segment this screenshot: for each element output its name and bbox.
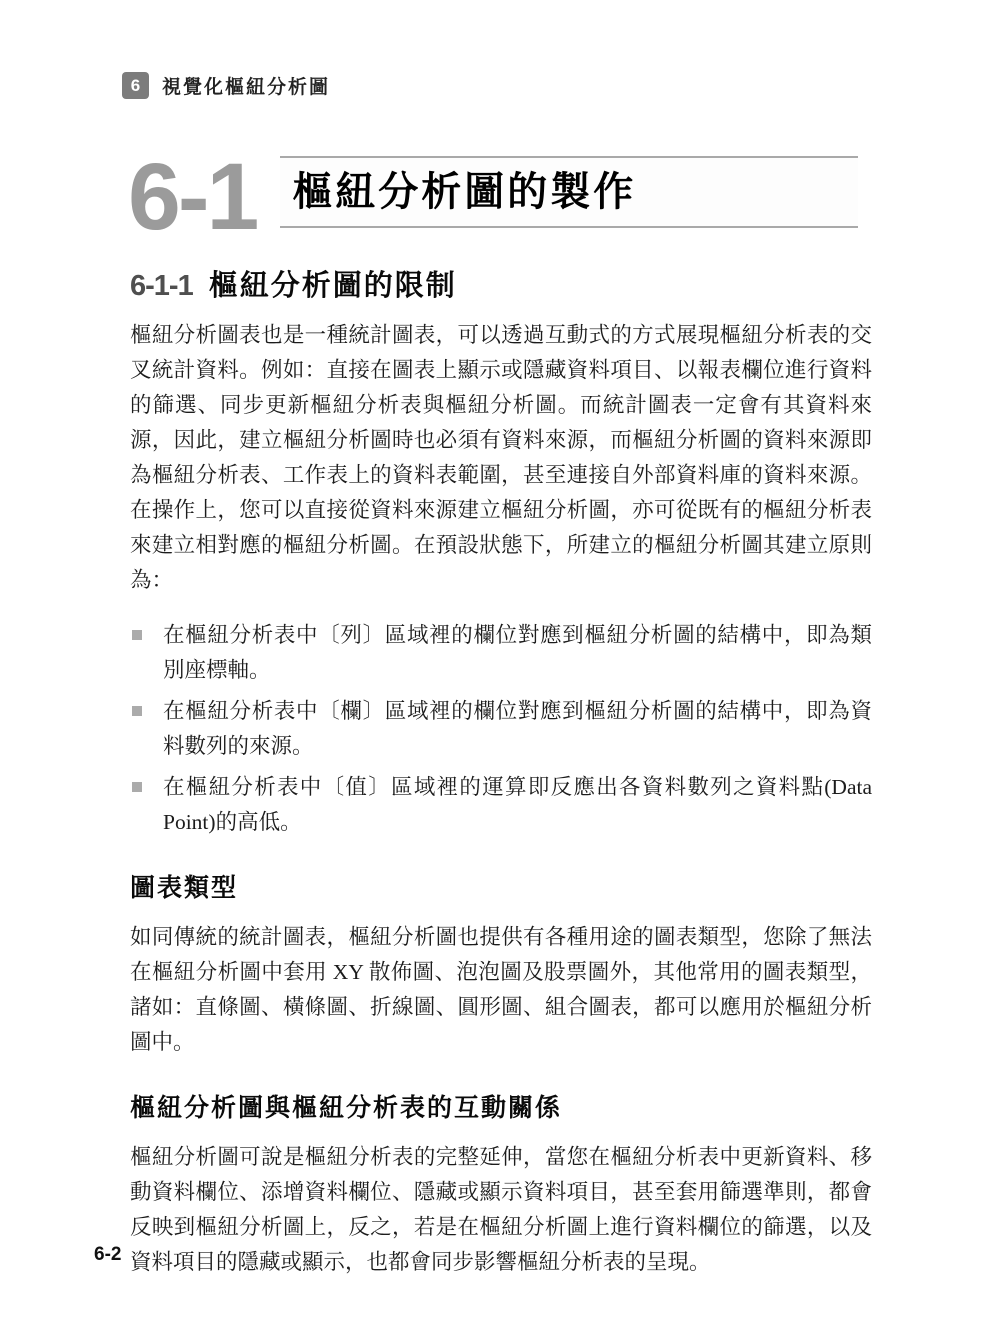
subheading-chart-types: 圖表類型 [130,868,872,904]
chart-types-paragraph: 如同傳統的統計圖表，樞紐分析圖也提供有各種用途的圖表類型，您除了無法在樞紐分析圖… [130,920,872,1060]
list-item: 在樞紐分析表中〔列〕區域裡的欄位對應到樞紐分析圖的結構中，即為類別座標軸。 [130,618,872,688]
page-number: 6-2 [94,1244,121,1266]
subsection-heading: 6-1-1 樞紐分析圖的限制 [130,263,457,304]
running-header: 6 視覺化樞紐分析圖 [122,72,330,99]
book-page: 6 視覺化樞紐分析圖 6-1 樞紐分析圖的製作 6-1-1 樞紐分析圖的限制 樞… [0,0,1000,1341]
section-heading: 6-1 樞紐分析圖的製作 [128,148,858,241]
list-item-text: 在樞紐分析表中〔列〕區域裡的欄位對應到樞紐分析圖的結構中，即為類別座標軸。 [163,623,872,682]
list-item: 在樞紐分析表中〔值〕區域裡的運算即反應出各資料數列之資料點(Data Point… [130,770,872,840]
principles-list: 在樞紐分析表中〔列〕區域裡的欄位對應到樞紐分析圖的結構中，即為類別座標軸。 在樞… [130,618,872,840]
section-title-banner: 樞紐分析圖的製作 [280,156,858,228]
bullet-square-icon [132,630,142,640]
list-item-text: 在樞紐分析表中〔值〕區域裡的運算即反應出各資料數列之資料點(Data Point… [163,775,872,834]
subsection-title: 樞紐分析圖的限制 [209,263,457,304]
subsection-number: 6-1-1 [130,270,193,303]
section-number: 6-1 [128,154,256,241]
list-item: 在樞紐分析表中〔欄〕區域裡的欄位對應到樞紐分析圖的結構中，即為資料數列的來源。 [130,694,872,764]
intro-paragraph: 樞紐分析圖表也是一種統計圖表，可以透過互動式的方式展現樞紐分析表的交叉統計資料。… [130,318,872,598]
list-item-text: 在樞紐分析表中〔欄〕區域裡的欄位對應到樞紐分析圖的結構中，即為資料數列的來源。 [163,699,872,758]
bullet-square-icon [132,782,142,792]
chapter-number-badge: 6 [122,72,149,99]
body-copy: 樞紐分析圖表也是一種統計圖表，可以透過互動式的方式展現樞紐分析表的交叉統計資料。… [130,318,872,1280]
bullet-square-icon [132,706,142,716]
interaction-paragraph: 樞紐分析圖可說是樞紐分析表的完整延伸，當您在樞紐分析表中更新資料、移動資料欄位、… [130,1140,872,1280]
subheading-interaction: 樞紐分析圖與樞紐分析表的互動關係 [130,1088,872,1124]
section-title: 樞紐分析圖的製作 [292,172,636,212]
chapter-title: 視覺化樞紐分析圖 [162,72,330,99]
